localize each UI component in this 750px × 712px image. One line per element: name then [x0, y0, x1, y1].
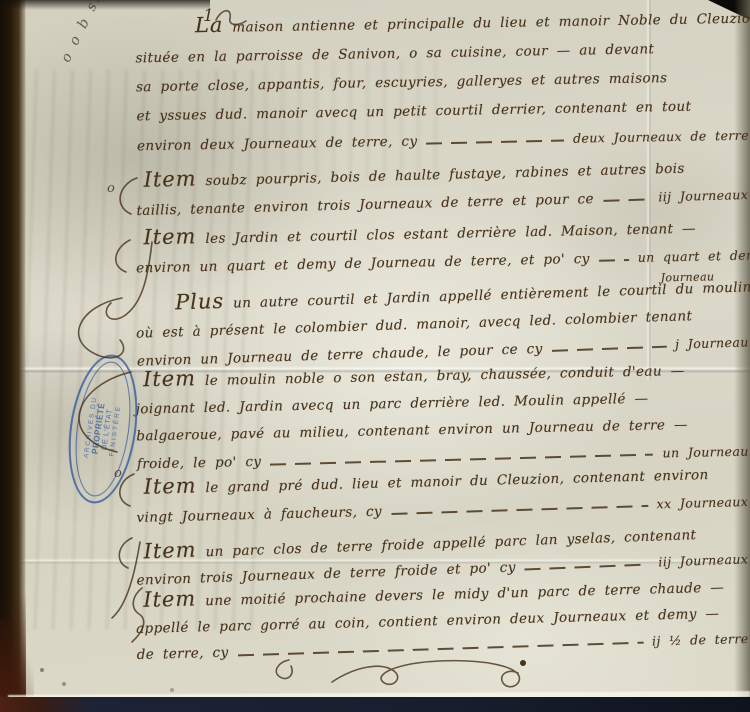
line-amount: ij ½ de terre	[652, 626, 749, 655]
paragraph: Itemle moulin noble o son estan, bray, c…	[135, 357, 749, 479]
paragraph-initial: Item	[143, 540, 197, 563]
paragraph: Lamaison antienne et principalle du lieu…	[135, 5, 749, 162]
ruled-dash	[391, 505, 648, 515]
ruled-dash	[603, 198, 650, 201]
paragraph-initial: Item	[143, 588, 196, 610]
paragraph-initial: Item	[143, 475, 196, 497]
line-amount: deux Journeaux de terre	[573, 121, 749, 153]
line-amount: j Journeau	[675, 328, 749, 357]
line-text: de terre, cy	[136, 640, 228, 668]
paragraph-initial: Plus	[175, 291, 225, 313]
line-text: environ deux Journeaux de terre, cy	[137, 127, 418, 161]
paragraph-initial: Item	[143, 168, 196, 190]
paragraph-initial: Item	[143, 226, 196, 248]
line-amount: iij Journeaux	[658, 181, 749, 210]
line-text: vingt Journeaux à faucheurs, cy	[136, 498, 382, 532]
line-amount: xx Journeaux	[656, 488, 748, 518]
paragraph: Itemsoubz pourpris, bois de haulte fusta…	[135, 154, 748, 225]
ruled-dash	[552, 346, 667, 352]
paragraph-initial: La	[195, 15, 224, 36]
paragraph: Itemune moitié prochaine devers le midy …	[135, 574, 749, 668]
line-amount: iij Journeaux	[658, 546, 749, 575]
ruled-dash	[238, 642, 643, 657]
pen-mark: o	[114, 466, 122, 481]
paragraph-initial: Item	[143, 368, 196, 390]
ruled-dash	[525, 563, 650, 570]
ruled-dash	[599, 259, 629, 262]
ruled-dash	[426, 140, 564, 145]
pen-mark: o	[107, 181, 115, 196]
manuscript-page-photo: o o b ss collé 1 Lamaison antienne et pr…	[0, 0, 750, 712]
